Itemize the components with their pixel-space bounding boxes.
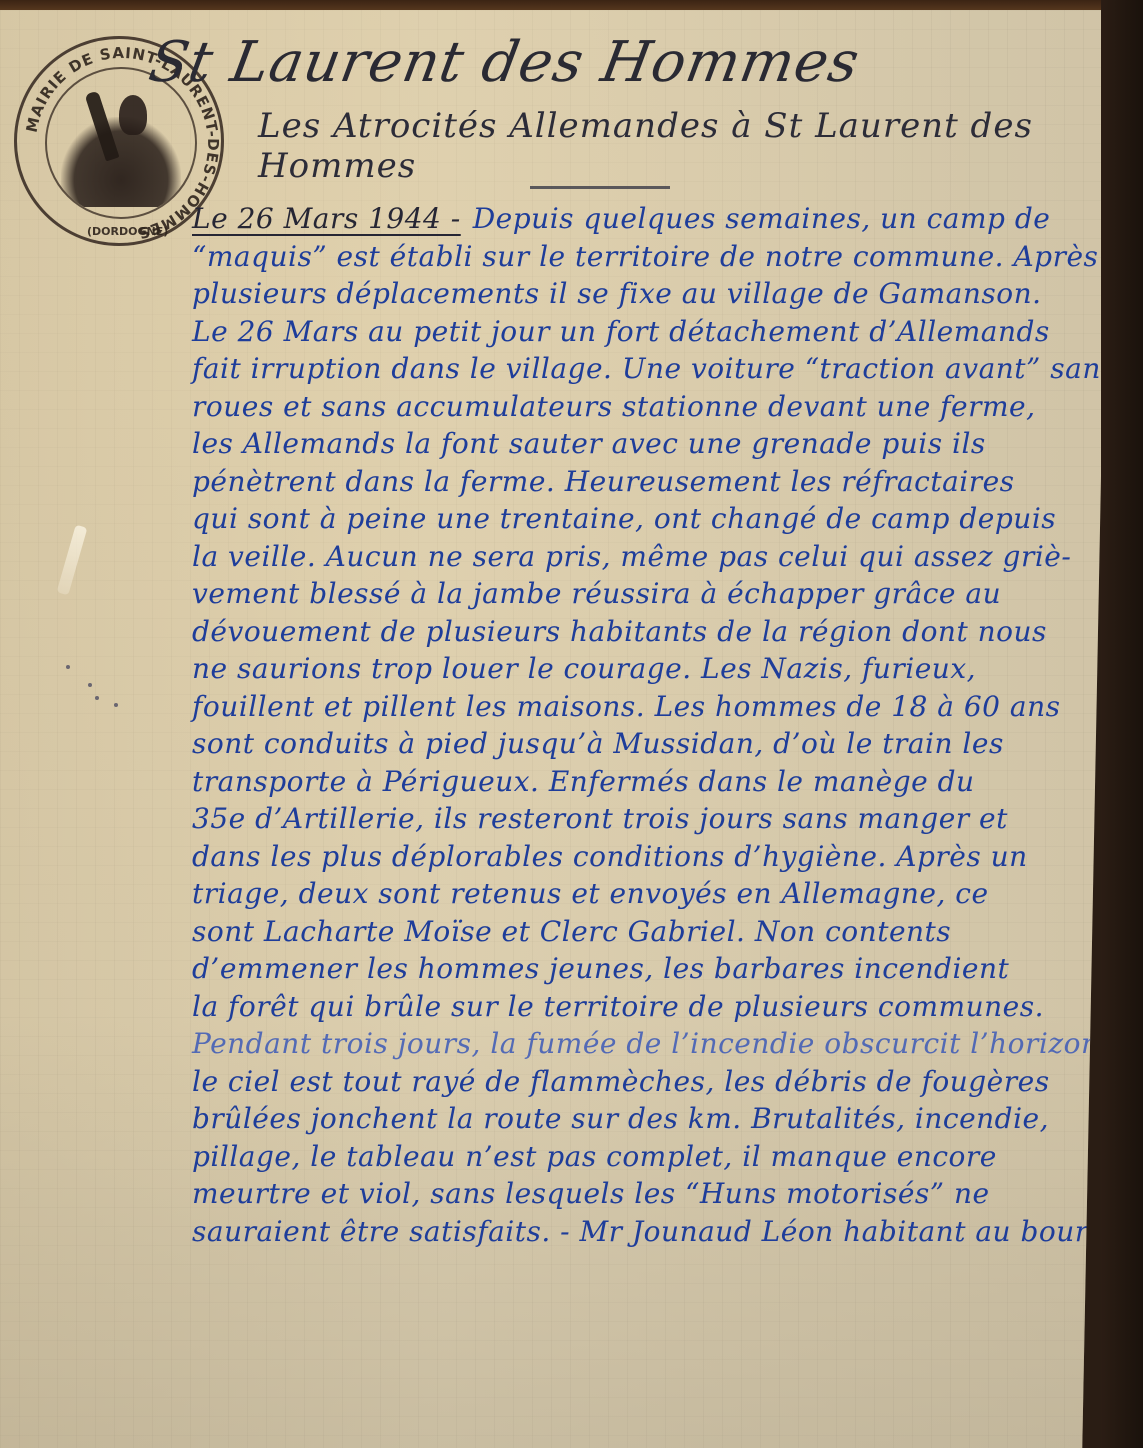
body-line: Le 26 Mars 1944 -Depuis quelques semaine… <box>192 200 1112 238</box>
body-line: sont conduits à pied jusqu’à Mussidan, d… <box>192 725 1112 763</box>
figure-head-icon <box>119 95 147 135</box>
body-line: sauraient être satisfaits. - Mr Jounaud … <box>192 1213 1112 1251</box>
body-line: fouillent et pillent les maisons. Les ho… <box>192 688 1112 726</box>
body-line: transporte à Périgueux. Enfermés dans le… <box>192 763 1112 801</box>
body-line: brûlées jonchent la route sur des km. Br… <box>192 1100 1112 1138</box>
frame-right-edge <box>1101 0 1143 1448</box>
body-line: “maquis” est établi sur le territoire de… <box>192 238 1112 276</box>
body-line: vement blessé à la jambe réussira à écha… <box>192 575 1112 613</box>
body-line: triage, deux sont retenus et envoyés en … <box>192 875 1112 913</box>
body-line: la veille. Aucun ne sera pris, même pas … <box>192 538 1112 576</box>
seated-figure-icon <box>61 117 181 207</box>
entry-date: Le 26 Mars 1944 - <box>192 202 461 235</box>
body-line: meurtre et viol, sans lesquels les “Huns… <box>192 1175 1112 1213</box>
letter-page: MAIRIE DE SAINT-LAURENT-DES-HOMMES (DORD… <box>0 10 1110 1448</box>
letter-body: Le 26 Mars 1944 -Depuis quelques semaine… <box>192 200 1112 1250</box>
stamp-department: (DORDOGNE) <box>87 225 157 238</box>
body-line: d’emmener les hommes jeunes, les barbare… <box>192 950 1112 988</box>
body-line: fait irruption dans le village. Une voit… <box>192 350 1112 388</box>
body-line: dévouement de plusieurs habitants de la … <box>192 613 1112 651</box>
body-line: Le 26 Mars au petit jour un fort détache… <box>192 313 1112 351</box>
body-line: la forêt qui brûle sur le territoire de … <box>192 988 1112 1026</box>
title-underline <box>530 186 670 189</box>
line-text: Depuis quelques semaines, un camp de <box>473 202 1051 235</box>
body-line: plusieurs déplacements il se fixe au vil… <box>192 275 1112 313</box>
body-line: 35e d’Artillerie, ils resteront trois jo… <box>192 800 1112 838</box>
body-line: ne saurions trop louer le courage. Les N… <box>192 650 1112 688</box>
body-line: les Allemands la font sauter avec une gr… <box>192 425 1112 463</box>
body-line: pénètrent dans la ferme. Heureusement le… <box>192 463 1112 501</box>
body-line: le ciel est tout rayé de flammèches, les… <box>192 1063 1112 1101</box>
body-line: qui sont à peine une trentaine, ont chan… <box>192 500 1112 538</box>
body-line: dans les plus déplorables conditions d’h… <box>192 838 1112 876</box>
body-line: Pendant trois jours, la fumée de l’incen… <box>192 1025 1112 1063</box>
body-line: sont Lacharte Moïse et Clerc Gabriel. No… <box>192 913 1112 951</box>
body-line: roues et sans accumulateurs stationne de… <box>192 388 1112 426</box>
header-place-name: St Laurent des Hommes <box>144 30 864 95</box>
document-title: Les Atrocités Allemandes à St Laurent de… <box>258 106 1110 186</box>
body-line: pillage, le tableau n’est pas complet, i… <box>192 1138 1112 1176</box>
